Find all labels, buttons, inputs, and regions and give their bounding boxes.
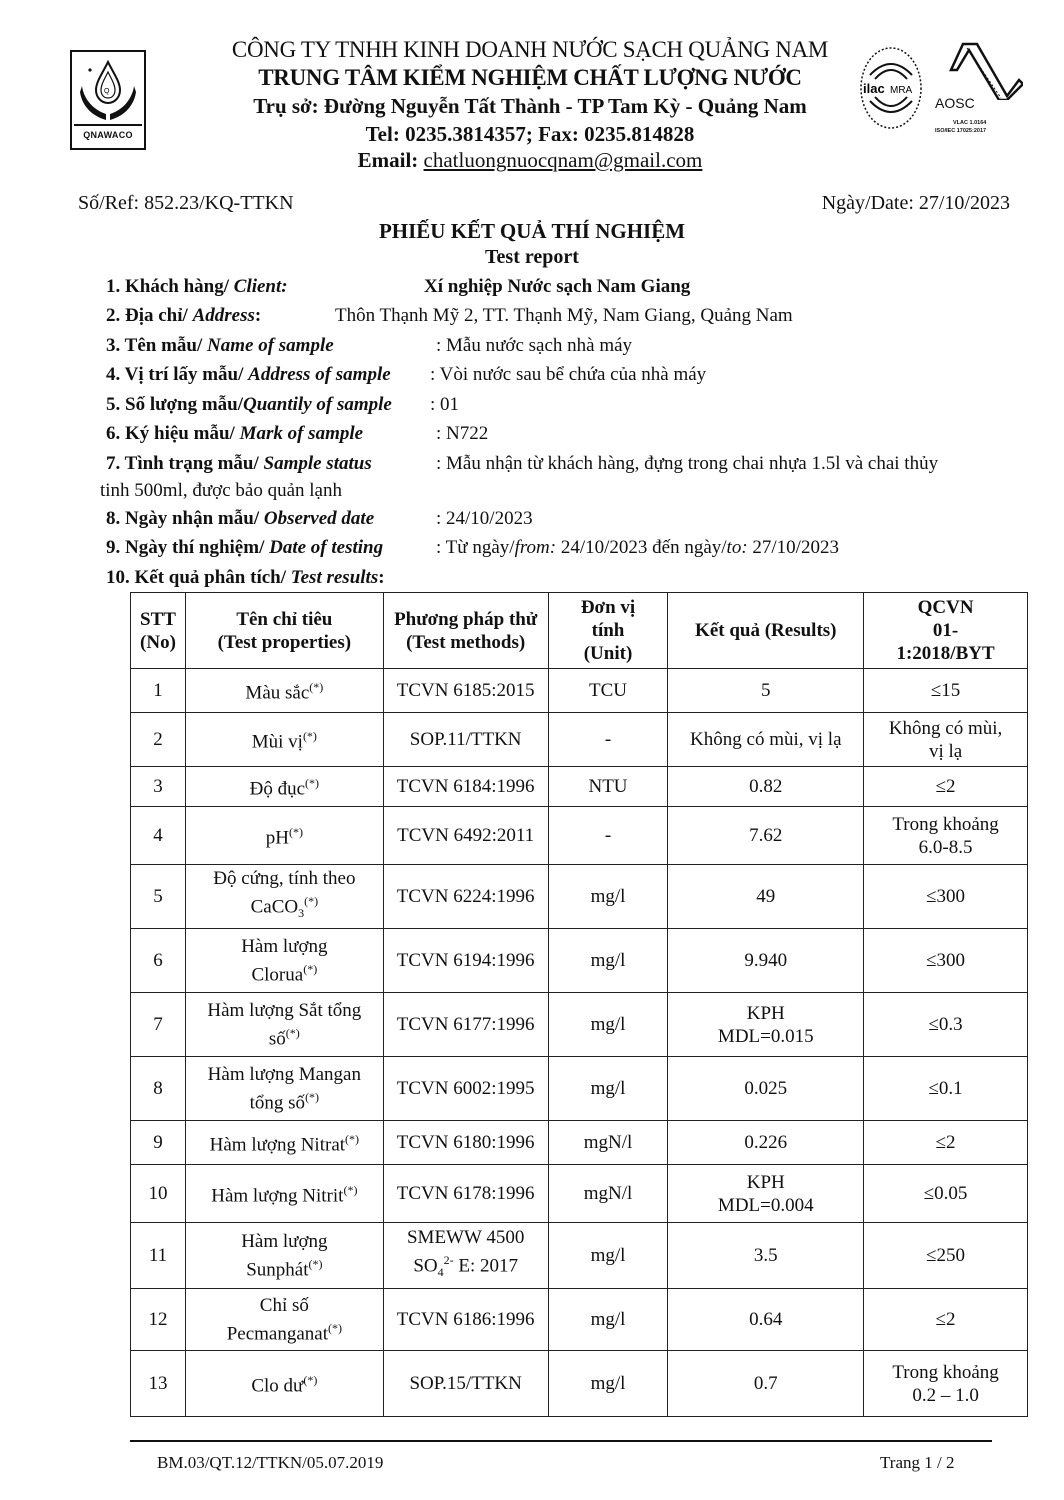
water-drop-hands-icon: Q xyxy=(76,56,140,122)
cell-test-property: pH(*) xyxy=(185,807,383,865)
info-sample-status: 7. Tình trạng mẫu/ Sample status : Mẫu n… xyxy=(106,453,372,475)
cell-limit: ≤0.05 xyxy=(864,1165,1028,1223)
accredited-mark: (*) xyxy=(308,1257,322,1271)
client-value: Xí nghiệp Nước sạch Nam Giang xyxy=(424,276,690,298)
cell-test-method: TCVN 6180:1996 xyxy=(383,1121,548,1165)
address-value: Thôn Thạnh Mỹ 2, TT. Thạnh Mỹ, Nam Giang… xyxy=(335,305,793,327)
cell-result: 49 xyxy=(668,865,864,929)
table-row: 3Độ đục(*)TCVN 6184:1996NTU0.82≤2 xyxy=(131,767,1028,807)
cell-unit: mg/l xyxy=(548,993,668,1057)
aosc-iso: ISO/IEC 17025:2017 xyxy=(935,128,986,134)
sample-location-value: : Vòi nước sau bể chứa của nhà máy xyxy=(430,364,706,386)
aosc-chevron-icon xyxy=(933,40,1023,100)
accredited-mark: (*) xyxy=(303,962,317,976)
cell-test-method: SOP.15/TTKN xyxy=(383,1351,548,1417)
cell-result: 0.7 xyxy=(668,1351,864,1417)
aosc-text: AOSC xyxy=(935,95,975,111)
table-header-row: STT(No)Tên chỉ tiêu(Test properties)Phươ… xyxy=(131,593,1028,669)
cell-test-property: Màu sắc(*) xyxy=(185,669,383,713)
cell-test-method: TCVN 6194:1996 xyxy=(383,929,548,993)
table-row: 1Màu sắc(*)TCVN 6185:2015TCU5≤15 xyxy=(131,669,1028,713)
cell-unit: mgN/l xyxy=(548,1165,668,1223)
cell-limit: Trong khoảng0.2 – 1.0 xyxy=(864,1351,1028,1417)
table-row: 12Chỉ sốPecmanganat(*)TCVN 6186:1996mg/l… xyxy=(131,1289,1028,1351)
cell-no: 4 xyxy=(131,807,186,865)
cell-test-method: TCVN 6224:1996 xyxy=(383,865,548,929)
info-address: 2. Địa chỉ/ Address: Thôn Thạnh Mỹ 2, TT… xyxy=(106,305,261,327)
cell-limit: ≤0.3 xyxy=(864,993,1028,1057)
cell-no: 1 xyxy=(131,669,186,713)
reference-number: Số/Ref: 852.23/KQ-TTKN xyxy=(78,192,294,215)
cell-limit: ≤2 xyxy=(864,1289,1028,1351)
accredited-mark: (*) xyxy=(345,1132,359,1146)
info-sample-name: 3. Tên mẫu/ Name of sample : Mẫu nước sạ… xyxy=(106,335,334,357)
cell-result: Không có mùi, vị lạ xyxy=(668,713,864,767)
cell-test-property: Hàm lượng Mangantổng số(*) xyxy=(185,1057,383,1121)
sample-mark-value: : N722 xyxy=(436,423,488,445)
cell-no: 9 xyxy=(131,1121,186,1165)
cell-unit: mg/l xyxy=(548,929,668,993)
table-row: 13Clo dư(*)SOP.15/TTKNmg/l0.7Trong khoản… xyxy=(131,1351,1028,1417)
cell-limit: Không có mùi,vị lạ xyxy=(864,713,1028,767)
info-test-results-heading: 10. Kết quả phân tích/ Test results: xyxy=(106,567,385,589)
cell-unit: mg/l xyxy=(548,865,668,929)
header-col-no: STT(No) xyxy=(131,593,186,669)
info-observed-date: 8. Ngày nhận mẫu/ Observed date : 24/10/… xyxy=(106,508,374,530)
company-name: CÔNG TY TNHH KINH DOANH NƯỚC SẠCH QUẢNG … xyxy=(170,36,890,64)
ilac-mra-icon: ilac MRA xyxy=(858,45,924,131)
cell-no: 12 xyxy=(131,1289,186,1351)
cell-limit: ≤0.1 xyxy=(864,1057,1028,1121)
cell-limit: ≤250 xyxy=(864,1223,1028,1289)
cell-result: 0.226 xyxy=(668,1121,864,1165)
cell-result: KPHMDL=0.015 xyxy=(668,993,864,1057)
company-address: Trụ sở: Đường Nguyễn Tất Thành - TP Tam … xyxy=(170,92,890,120)
cell-no: 13 xyxy=(131,1351,186,1417)
table-row: 9Hàm lượng Nitrat(*)TCVN 6180:1996mgN/l0… xyxy=(131,1121,1028,1165)
cell-unit: - xyxy=(548,713,668,767)
testing-date-value: : Từ ngày/from: 24/10/2023 đến ngày/to: … xyxy=(436,537,839,559)
table-row: 7Hàm lượng Sắt tổngsố(*)TCVN 6177:1996mg… xyxy=(131,993,1028,1057)
cell-test-method: SMEWW 4500SO42- E: 2017 xyxy=(383,1223,548,1289)
table-row: 6Hàm lượngClorua(*)TCVN 6194:1996mg/l9.9… xyxy=(131,929,1028,993)
info-client: 1. Khách hàng/ Client: Xí nghiệp Nước sạ… xyxy=(106,276,288,298)
accredited-mark: (*) xyxy=(303,1373,317,1387)
form-code: BM.03/QT.12/TTKN/05.07.2019 xyxy=(157,1453,383,1473)
footer-divider xyxy=(130,1440,992,1442)
header-col-test-method: Phương pháp thử(Test methods) xyxy=(383,593,548,669)
svg-text:ilac: ilac xyxy=(863,81,885,96)
cell-limit: ≤300 xyxy=(864,929,1028,993)
cell-limit: ≤15 xyxy=(864,669,1028,713)
cell-test-property: Hàm lượngSunphát(*) xyxy=(185,1223,383,1289)
cell-result: 3.5 xyxy=(668,1223,864,1289)
cell-test-method: TCVN 6177:1996 xyxy=(383,993,548,1057)
email-link[interactable]: chatluongnuocqnam@gmail.com xyxy=(424,148,703,172)
accredited-mark: (*) xyxy=(303,729,317,743)
page-subtitle: Test report xyxy=(0,246,1064,269)
cell-result: 7.62 xyxy=(668,807,864,865)
header-col-unit: Đơn vịtính(Unit) xyxy=(548,593,668,669)
cell-unit: mg/l xyxy=(548,1223,668,1289)
cell-no: 6 xyxy=(131,929,186,993)
cell-test-property: Độ đục(*) xyxy=(185,767,383,807)
header-col-test-property: Tên chỉ tiêu(Test properties) xyxy=(185,593,383,669)
cell-no: 10 xyxy=(131,1165,186,1223)
qnawaco-logo: Q QNAWACO xyxy=(70,50,146,150)
logo-divider xyxy=(74,124,142,126)
accredited-mark: (*) xyxy=(305,1090,319,1104)
table-row: 8Hàm lượng Mangantổng số(*)TCVN 6002:199… xyxy=(131,1057,1028,1121)
accredited-mark: (*) xyxy=(309,680,323,694)
results-table: STT(No)Tên chỉ tiêu(Test properties)Phươ… xyxy=(130,592,1028,1417)
info-sample-mark: 6. Ký hiệu mẫu/ Mark of sample : N722 xyxy=(106,423,363,445)
cell-result: KPHMDL=0.004 xyxy=(668,1165,864,1223)
cell-result: 0.025 xyxy=(668,1057,864,1121)
cell-test-property: Hàm lượng Nitrit(*) xyxy=(185,1165,383,1223)
cell-no: 11 xyxy=(131,1223,186,1289)
cell-unit: NTU xyxy=(548,767,668,807)
page-number: Trang 1 / 2 xyxy=(880,1453,954,1473)
email-label: Email: xyxy=(358,148,419,172)
page-title: PHIẾU KẾT QUẢ THÍ NGHIỆM xyxy=(0,219,1064,244)
cell-test-method: TCVN 6185:2015 xyxy=(383,669,548,713)
cell-test-property: Hàm lượngClorua(*) xyxy=(185,929,383,993)
header-col-limit: QCVN01-1:2018/BYT xyxy=(864,593,1028,669)
accredited-mark: (*) xyxy=(286,1026,300,1040)
ilac-mra-logo: ilac MRA xyxy=(858,45,924,131)
observed-date-value: : 24/10/2023 xyxy=(436,508,533,530)
company-email-line: Email: chatluongnuocqnam@gmail.com xyxy=(170,146,890,174)
cell-result: 0.64 xyxy=(668,1289,864,1351)
svg-text:MRA: MRA xyxy=(890,85,913,96)
cell-result: 5 xyxy=(668,669,864,713)
accredited-mark: (*) xyxy=(304,894,318,908)
cell-test-property: Độ cứng, tính theoCaCO3(*) xyxy=(185,865,383,929)
info-testing-date: 9. Ngày thí nghiệm/ Date of testing : Từ… xyxy=(106,537,383,559)
cell-test-property: Mùi vị(*) xyxy=(185,713,383,767)
report-date: Ngày/Date: 27/10/2023 xyxy=(822,192,1010,215)
sample-quantity-value: : 01 xyxy=(430,394,459,416)
info-sample-location: 4. Vị trí lấy mẫu/ Address of sample : V… xyxy=(106,364,391,386)
cell-no: 2 xyxy=(131,713,186,767)
info-sample-status-cont: tinh 500ml, được bảo quản lạnh xyxy=(100,480,342,502)
cell-unit: TCU xyxy=(548,669,668,713)
sample-name-value: : Mẫu nước sạch nhà máy xyxy=(436,335,632,357)
cell-unit: - xyxy=(548,807,668,865)
cell-unit: mg/l xyxy=(548,1057,668,1121)
accredited-mark: (*) xyxy=(305,776,319,790)
header-col-result: Kết quả (Results) xyxy=(668,593,864,669)
table-row: 5Độ cứng, tính theoCaCO3(*)TCVN 6224:199… xyxy=(131,865,1028,929)
info-sample-quantity: 5. Số lượng mẫu/Quantily of sample : 01 xyxy=(106,394,392,416)
aosc-logo: AOSC VLAC 1.0164 ISO/IEC 17025:2017 xyxy=(933,40,1023,140)
cell-test-property: Hàm lượng Sắt tổngsố(*) xyxy=(185,993,383,1057)
cell-no: 7 xyxy=(131,993,186,1057)
cell-test-property: Hàm lượng Nitrat(*) xyxy=(185,1121,383,1165)
cell-test-method: TCVN 6178:1996 xyxy=(383,1165,548,1223)
cell-unit: mgN/l xyxy=(548,1121,668,1165)
center-name: TRUNG TÂM KIỂM NGHIỆM CHẤT LƯỢNG NƯỚC xyxy=(170,64,890,92)
table-body: 1Màu sắc(*)TCVN 6185:2015TCU5≤152Mùi vị(… xyxy=(131,669,1028,1417)
cell-limit: ≤2 xyxy=(864,1121,1028,1165)
sample-status-value: : Mẫu nhận từ khách hàng, đựng trong cha… xyxy=(436,453,938,475)
cell-limit: ≤300 xyxy=(864,865,1028,929)
cell-result: 0.82 xyxy=(668,767,864,807)
accredited-mark: (*) xyxy=(328,1321,342,1335)
table-row: 11Hàm lượngSunphát(*)SMEWW 4500SO42- E: … xyxy=(131,1223,1028,1289)
logo-text: QNAWACO xyxy=(72,130,144,140)
cell-test-method: TCVN 6492:2011 xyxy=(383,807,548,865)
aosc-vlac: VLAC 1.0164 xyxy=(953,120,986,126)
accredited-mark: (*) xyxy=(289,825,303,839)
cell-test-property: Clo dư(*) xyxy=(185,1351,383,1417)
table-row: 4pH(*)TCVN 6492:2011-7.62Trong khoảng6.0… xyxy=(131,807,1028,865)
svg-text:Q: Q xyxy=(104,88,110,95)
cell-no: 5 xyxy=(131,865,186,929)
cell-test-method: TCVN 6186:1996 xyxy=(383,1289,548,1351)
cell-test-property: Chỉ sốPecmanganat(*) xyxy=(185,1289,383,1351)
company-phone: Tel: 0235.3814357; Fax: 0235.814828 xyxy=(170,120,890,148)
cell-limit: Trong khoảng6.0-8.5 xyxy=(864,807,1028,865)
cell-unit: mg/l xyxy=(548,1351,668,1417)
cell-limit: ≤2 xyxy=(864,767,1028,807)
cell-result: 9.940 xyxy=(668,929,864,993)
cell-test-method: TCVN 6184:1996 xyxy=(383,767,548,807)
table-row: 10Hàm lượng Nitrit(*)TCVN 6178:1996mgN/l… xyxy=(131,1165,1028,1223)
cell-test-method: TCVN 6002:1995 xyxy=(383,1057,548,1121)
cell-test-method: SOP.11/TTKN xyxy=(383,713,548,767)
cell-no: 8 xyxy=(131,1057,186,1121)
cell-unit: mg/l xyxy=(548,1289,668,1351)
accredited-mark: (*) xyxy=(343,1183,357,1197)
table-row: 2Mùi vị(*)SOP.11/TTKN-Không có mùi, vị l… xyxy=(131,713,1028,767)
cell-no: 3 xyxy=(131,767,186,807)
